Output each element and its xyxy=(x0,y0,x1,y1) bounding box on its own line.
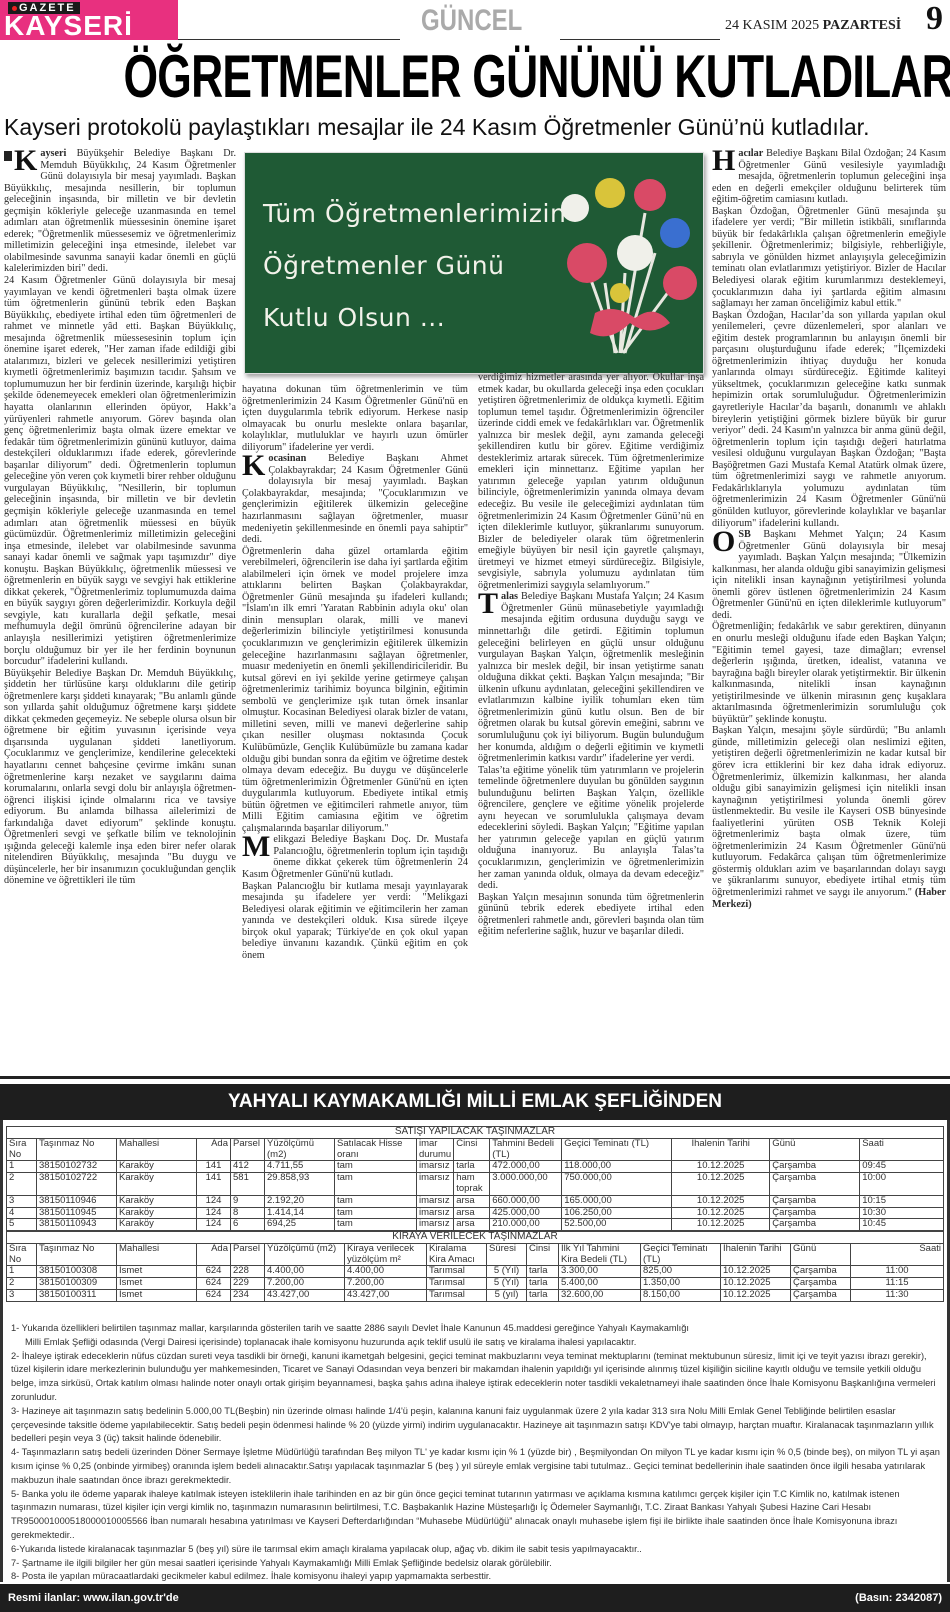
notice-terms: 1- Yukarıda özellikleri belirtilen taşın… xyxy=(11,1322,941,1598)
table-cell: 825,00 xyxy=(641,1266,721,1278)
table-cell: 210.000,00 xyxy=(490,1219,562,1231)
flower-bouquet-icon xyxy=(545,163,704,373)
table-cell: 660.000,00 xyxy=(490,1195,562,1207)
table-cell: 38150102722 xyxy=(37,1173,117,1196)
drop-cap: O xyxy=(712,531,735,553)
table-cell: arsa xyxy=(454,1195,490,1207)
table-cell: Tarımsal xyxy=(427,1289,487,1301)
table-caption: KİRAYA VERİLECEK TAŞINMAZLAR xyxy=(7,1232,944,1244)
drop-cap: K xyxy=(14,150,37,172)
table-cell: Çarşamba xyxy=(791,1266,851,1278)
table-cell: 141 xyxy=(197,1173,231,1196)
paragraph: K ayseri Büyükşehir Belediye Başkanı Dr.… xyxy=(4,148,236,275)
table-cell: 38150110945 xyxy=(37,1207,117,1219)
col-header: Ada xyxy=(197,1138,231,1161)
lead-word: alas xyxy=(501,591,518,602)
table-cell: tarla xyxy=(527,1266,559,1278)
table-cell: 229 xyxy=(231,1278,265,1290)
photo-caption-line-1: Tüm Öğretmenlerimizin xyxy=(263,199,566,228)
table-cell: 52.500,00 xyxy=(562,1219,672,1231)
article-column-1: K ayseri Büyükşehir Belediye Başkanı Dr.… xyxy=(4,148,236,1060)
table-cell: 38150100311 xyxy=(37,1289,117,1301)
drop-cap: M xyxy=(242,836,270,858)
col-header: Parsel xyxy=(231,1138,265,1161)
table-cell: Tarımsal xyxy=(427,1278,487,1290)
lead-word: ayseri xyxy=(40,148,66,159)
table-cell: arsa xyxy=(454,1219,490,1231)
col-header: Günü xyxy=(791,1243,851,1266)
table-cell: 10.12.2025 xyxy=(721,1278,791,1290)
table-cell: 124 xyxy=(197,1207,231,1219)
official-notice: SATIŞI YAPILACAK TAŞINMAZLAR Sıra No Taş… xyxy=(0,1120,950,1582)
paragraph: K ocasinan Belediye Başkanı Ahmet Çolakb… xyxy=(242,453,468,545)
sale-table: SATIŞI YAPILACAK TAŞINMAZLAR Sıra No Taş… xyxy=(6,1126,944,1231)
table-cell: 38150102732 xyxy=(37,1161,117,1173)
table-cell: tam xyxy=(335,1195,417,1207)
article-headline: ÖĞRETMENLER GÜNÜNÜ KUTLADILAR xyxy=(124,44,827,110)
table-cell: 165.000,00 xyxy=(562,1195,672,1207)
table-cell: imarsız xyxy=(417,1195,454,1207)
table-cell: 624 xyxy=(197,1278,231,1290)
divider xyxy=(178,39,400,40)
table-cell: 10.12.2025 xyxy=(672,1173,770,1196)
table-cell: Çarşamba xyxy=(770,1219,860,1231)
table-cell: 412 xyxy=(231,1161,265,1173)
paragraph: T alas Belediye Başkanı Mustafa Yalçın; … xyxy=(478,591,704,764)
col-header: Mahallesi xyxy=(117,1138,197,1161)
table-cell: 624 xyxy=(197,1289,231,1301)
table-cell: 09:45 xyxy=(860,1161,944,1173)
paragraph: M elikgazi Belediye Başkanı Doç. Dr. Mus… xyxy=(242,834,468,880)
col-header: Geçici Teminatı (TL) xyxy=(641,1243,721,1266)
table-cell: Çarşamba xyxy=(791,1278,851,1290)
col-header: İhalenin Tarihi xyxy=(672,1138,770,1161)
table-cell: imarsız xyxy=(417,1173,454,1196)
notice-item: 7- Şartname ile ilgili bilgiler her gün … xyxy=(11,1557,941,1571)
paragraph: Başkan Yalçın, mesajını şöyle sürdürdü; … xyxy=(712,725,946,910)
table-cell: 10.12.2025 xyxy=(721,1266,791,1278)
issue-weekday: PAZARTESİ xyxy=(823,18,902,33)
table-cell: 234 xyxy=(231,1289,265,1301)
table-cell: İsmet xyxy=(117,1289,197,1301)
section-title: GÜNCEL xyxy=(421,4,509,38)
notice-item: 6-Yukarıda listede kiralanacak taşınmazl… xyxy=(11,1543,941,1557)
table-cell: ham toprak xyxy=(454,1173,490,1196)
table-cell: 5.400,00 xyxy=(559,1278,641,1290)
col-header: Tahmini Bedeli (TL) xyxy=(490,1138,562,1161)
table-row: 238150102722Karaköy14158129.858,93tamima… xyxy=(7,1173,944,1196)
notice-item: 8- Posta ile yapılan müracaatlardaki gec… xyxy=(11,1570,941,1584)
paragraph-text: Büyükşehir Belediye Başkanı Dr. Memduh B… xyxy=(4,148,236,274)
paragraph: Başkan Palancıoğlu bir kutlama mesajı ya… xyxy=(242,881,468,962)
table-cell: 3 xyxy=(7,1289,37,1301)
table-row: 238150100309İsmet6242297.200,007.200,00T… xyxy=(7,1278,944,1290)
table-cell: 228 xyxy=(231,1266,265,1278)
ad-footer: Resmi ilanlar: www.ilan.gov.tr'de (Basın… xyxy=(0,1584,950,1612)
drop-cap: H xyxy=(712,150,735,172)
paragraph: 24 Kasım Öğretmenler Günü dolayısıyla bi… xyxy=(4,275,236,668)
col-header: Sıra No xyxy=(7,1138,37,1161)
article-column-2: hayatına dokunan tüm öğretmenlerimin ve … xyxy=(242,384,468,1060)
paragraph: hayatına dokunan tüm öğretmenlerimin ve … xyxy=(242,384,468,453)
newspaper-logo[interactable]: GAZETE KAYSERİ xyxy=(0,0,178,40)
table-cell: arsa xyxy=(454,1207,490,1219)
table-cell: 10:00 xyxy=(860,1173,944,1196)
col-header: Yüzölçümü (m2) xyxy=(265,1243,345,1266)
paragraph-text: Belediye Başkanı Mustafa Yalçın; 24 Kası… xyxy=(478,591,704,764)
col-header: Yüzölçümü (m2) xyxy=(265,1138,335,1161)
table-cell: Çarşamba xyxy=(791,1289,851,1301)
table-cell: 750.000,00 xyxy=(562,1173,672,1196)
table-cell: Karaköy xyxy=(117,1173,197,1196)
table-cell: 141 xyxy=(197,1161,231,1173)
table-cell: 4.711,55 xyxy=(265,1161,335,1173)
col-header: Saati xyxy=(860,1138,944,1161)
table-cell: 11:00 xyxy=(851,1266,944,1278)
col-header: Cinsi xyxy=(527,1243,559,1266)
table-cell: 10:45 xyxy=(860,1219,944,1231)
photo-caption-line-2: Öğretmenler Günü xyxy=(263,251,505,280)
table-cell: Karaköy xyxy=(117,1161,197,1173)
lead-word: SB xyxy=(738,529,750,540)
official-ads-link[interactable]: Resmi ilanlar: www.ilan.gov.tr'de xyxy=(8,1584,179,1612)
table-cell: 2 xyxy=(7,1278,37,1290)
table-cell: 32.600,00 xyxy=(559,1289,641,1301)
table-cell: 8.150,00 xyxy=(641,1289,721,1301)
col-header: İhalenin Tarihi xyxy=(721,1243,791,1266)
table-cell: 3.000.000,00 xyxy=(490,1173,562,1196)
table-cell: 38150110943 xyxy=(37,1219,117,1231)
table-cell: 38150100309 xyxy=(37,1278,117,1290)
table-cell: tam xyxy=(335,1219,417,1231)
col-header: Günü xyxy=(770,1138,860,1161)
table-cell: 8 xyxy=(231,1207,265,1219)
dateline: 24 KASIM 2025 PAZARTESİ xyxy=(725,18,901,34)
masthead: GAZETE KAYSERİ GÜNCEL 24 KASIM 2025 PAZA… xyxy=(0,0,950,44)
notice-item: Milli Emlak Şefliği odasında (Vergi Dair… xyxy=(11,1336,941,1350)
col-header: Ada xyxy=(197,1243,231,1266)
col-header: Parsel xyxy=(231,1243,265,1266)
table-cell: 3 xyxy=(7,1195,37,1207)
table-cell: İsmet xyxy=(117,1266,197,1278)
press-code: (Basın: 2342087) xyxy=(855,1584,942,1612)
table-cell: tam xyxy=(335,1161,417,1173)
table-cell: Karaköy xyxy=(117,1219,197,1231)
table-cell: 694,25 xyxy=(265,1219,335,1231)
table-cell: Çarşamba xyxy=(770,1207,860,1219)
table-cell: tarla xyxy=(527,1289,559,1301)
table-cell: Çarşamba xyxy=(770,1173,860,1196)
table-cell: tarla xyxy=(454,1161,490,1173)
col-header: Süresi xyxy=(487,1243,527,1266)
lead-word: ocasinan xyxy=(268,453,306,464)
table-cell: 1 xyxy=(7,1161,37,1173)
divider xyxy=(0,1076,950,1079)
paragraph-text: Başkan Yalçın, mesajını şöyle sürdürdü; … xyxy=(712,725,946,898)
paragraph: Öğretmenlerin daha güzel ortamlarda eğit… xyxy=(242,546,468,835)
table-cell: 4.400,00 xyxy=(265,1266,345,1278)
table-cell: 5 xyxy=(7,1219,37,1231)
paragraph: Talas’ta eğitime yönelik tüm yatırımları… xyxy=(478,765,704,892)
table-cell: 10.12.2025 xyxy=(672,1161,770,1173)
col-header: Taşınmaz No xyxy=(37,1243,117,1266)
table-cell: 425.000,00 xyxy=(490,1207,562,1219)
table-header-row: Sıra No Taşınmaz No Mahallesi Ada Parsel… xyxy=(7,1243,944,1266)
logo-main-text: KAYSERİ xyxy=(4,12,133,40)
table-cell: 9 xyxy=(231,1195,265,1207)
table-row: 438150110945Karaköy12481.414,14tamimarsı… xyxy=(7,1207,944,1219)
paragraph: Başkan Özdoğan, Öğretmenler Günü mesajın… xyxy=(712,206,946,310)
table-cell: imarsız xyxy=(417,1207,454,1219)
notice-item: 4- Taşınmazların satış bedeli üzerinden … xyxy=(11,1446,941,1487)
table-cell: 43.427,00 xyxy=(265,1289,345,1301)
table-cell: 581 xyxy=(231,1173,265,1196)
article-column-3: verdiğimiz hizmetler arasında yer alıyor… xyxy=(478,372,704,1060)
table-cell: tam xyxy=(335,1207,417,1219)
table-cell: 10.12.2025 xyxy=(672,1219,770,1231)
rent-table: KİRAYA VERİLECEK TAŞINMAZLAR Sıra No Taş… xyxy=(6,1231,944,1302)
paragraph: Büyükşehir Belediye Başkan Dr. Memduh Bü… xyxy=(4,668,236,887)
article-subheadline: Kayseri protokolü paylaştıkları mesajlar… xyxy=(4,114,950,141)
table-cell: 624 xyxy=(197,1266,231,1278)
table-cell: 5 (Yıl) xyxy=(487,1266,527,1278)
table-cell: imarsız xyxy=(417,1161,454,1173)
paragraph-text: elikgazi Belediye Başkanı Doç. Dr. Musta… xyxy=(242,834,468,880)
table-caption: SATIŞI YAPILACAK TAŞINMAZLAR xyxy=(7,1127,944,1139)
chalkboard-photo: Tüm Öğretmenlerimizin Öğretmenler Günü K… xyxy=(244,152,704,374)
table-cell: İsmet xyxy=(117,1278,197,1290)
table-cell: 1.350,00 xyxy=(641,1278,721,1290)
notice-item: 5- Banka yolu ile ödeme yaparak ihaleye … xyxy=(11,1488,941,1543)
ad-title-banner: YAHYALI KAYMAKAMLIĞI MİLLİ EMLAK ŞEFLİĞİ… xyxy=(0,1084,950,1120)
paragraph: H acılar Belediye Başkanı Bilal Özdoğan;… xyxy=(712,148,946,206)
drop-cap: T xyxy=(478,593,498,615)
table-cell: 6 xyxy=(231,1219,265,1231)
table-row: 538150110943Karaköy1246694,25tamimarsıza… xyxy=(7,1219,944,1231)
paragraph-text: Başkanı Mehmet Yalçın; 24 Kasım Öğretmen… xyxy=(712,529,946,621)
table-cell: 472.000,00 xyxy=(490,1161,562,1173)
table-cell: 1.414,14 xyxy=(265,1207,335,1219)
bullet-square-icon xyxy=(4,151,12,161)
table-cell: 5 (Yıl) xyxy=(487,1278,527,1290)
lead-word: acılar xyxy=(738,148,763,159)
table-cell: 118.000,00 xyxy=(562,1161,672,1173)
col-header: Geçici Teminatı (TL) xyxy=(562,1138,672,1161)
issue-date: 24 KASIM 2025 xyxy=(725,18,819,33)
table-cell: tarla xyxy=(527,1278,559,1290)
table-cell: 7.200,00 xyxy=(345,1278,427,1290)
table-row: 138150102732Karaköy1414124.711,55tamimar… xyxy=(7,1161,944,1173)
table-cell: 5 (yıl) xyxy=(487,1289,527,1301)
table-cell: 43.427,00 xyxy=(345,1289,427,1301)
paragraph: Öğretmenliğin; fedakârlık ve sabır gerek… xyxy=(712,621,946,725)
paragraph-text: Belediye Başkanı Ahmet Çolakbayrakdar; 2… xyxy=(242,453,468,545)
col-header: Satılacak Hisse oranı xyxy=(335,1138,417,1161)
article-column-4: H acılar Belediye Başkanı Bilal Özdoğan;… xyxy=(712,148,946,1060)
table-cell: Karaköy xyxy=(117,1207,197,1219)
col-header: imar durumu xyxy=(417,1138,454,1161)
table-cell: 1 xyxy=(7,1266,37,1278)
table-cell: Çarşamba xyxy=(770,1161,860,1173)
table-cell: Çarşamba xyxy=(770,1195,860,1207)
table-row: 338150100311İsmet62423443.427,0043.427,0… xyxy=(7,1289,944,1301)
table-cell: 10.12.2025 xyxy=(672,1195,770,1207)
col-header: Taşınmaz No xyxy=(37,1138,117,1161)
table-cell: 106.250,00 xyxy=(562,1207,672,1219)
table-cell: imarsız xyxy=(417,1219,454,1231)
col-header: Kiralama Kira Amacı xyxy=(427,1243,487,1266)
table-cell: 124 xyxy=(197,1219,231,1231)
table-cell: 3.300,00 xyxy=(559,1266,641,1278)
col-header: Mahallesi xyxy=(117,1243,197,1266)
table-cell: 38150100308 xyxy=(37,1266,117,1278)
table-cell: 10:30 xyxy=(860,1207,944,1219)
notice-item: 2- İhaleye iştirak edeceklerin nüfus cüz… xyxy=(11,1350,941,1405)
drop-cap: K xyxy=(242,455,265,477)
col-header: Sıra No xyxy=(7,1243,37,1266)
table-cell: 11:30 xyxy=(851,1289,944,1301)
table-row: 338150110946Karaköy12492.192,20tamimarsı… xyxy=(7,1195,944,1207)
table-header-row: Sıra No Taşınmaz No Mahallesi Ada Parsel… xyxy=(7,1138,944,1161)
table-cell: 38150110946 xyxy=(37,1195,117,1207)
table-cell: 2 xyxy=(7,1173,37,1196)
notice-item: 3- Hazineye ait taşınmazın satış bedelin… xyxy=(11,1405,941,1446)
photo-caption-line-3: Kutlu Olsun ... xyxy=(263,303,445,332)
col-header: Kiraya verilecek yüzölçüm m² xyxy=(345,1243,427,1266)
paragraph: O SB Başkanı Mehmet Yalçın; 24 Kasım Öğr… xyxy=(712,529,946,621)
divider xyxy=(560,39,720,40)
table-cell: 10:15 xyxy=(860,1195,944,1207)
paragraph: Başkan Yalçın mesajının sonunda tüm öğre… xyxy=(478,892,704,938)
table-cell: 10.12.2025 xyxy=(721,1289,791,1301)
table-cell: Karaköy xyxy=(117,1195,197,1207)
table-cell: tam xyxy=(335,1173,417,1196)
col-header: Cinsi xyxy=(454,1138,490,1161)
col-header: Saati xyxy=(851,1243,944,1266)
paragraph: verdiğimiz hizmetler arasında yer alıyor… xyxy=(478,372,704,591)
paragraph: Başkan Özdoğan, Hacılar’da son yıllarda … xyxy=(712,310,946,529)
notice-item: 1- Yukarıda özellikleri belirtilen taşın… xyxy=(11,1322,941,1336)
table-cell: 7.200,00 xyxy=(265,1278,345,1290)
table-cell: 4 xyxy=(7,1207,37,1219)
table-cell: 10.12.2025 xyxy=(672,1207,770,1219)
page-number: 9 xyxy=(926,0,943,38)
table-cell: 11:15 xyxy=(851,1278,944,1290)
table-cell: Tarımsal xyxy=(427,1266,487,1278)
table-cell: 124 xyxy=(197,1195,231,1207)
table-cell: 4.400,00 xyxy=(345,1266,427,1278)
table-cell: 29.858,93 xyxy=(265,1173,335,1196)
table-row: 138150100308İsmet6242284.400,004.400,00T… xyxy=(7,1266,944,1278)
table-cell: 2.192,20 xyxy=(265,1195,335,1207)
col-header: İlk Yıl Tahmini Kira Bedeli (TL) xyxy=(559,1243,641,1266)
